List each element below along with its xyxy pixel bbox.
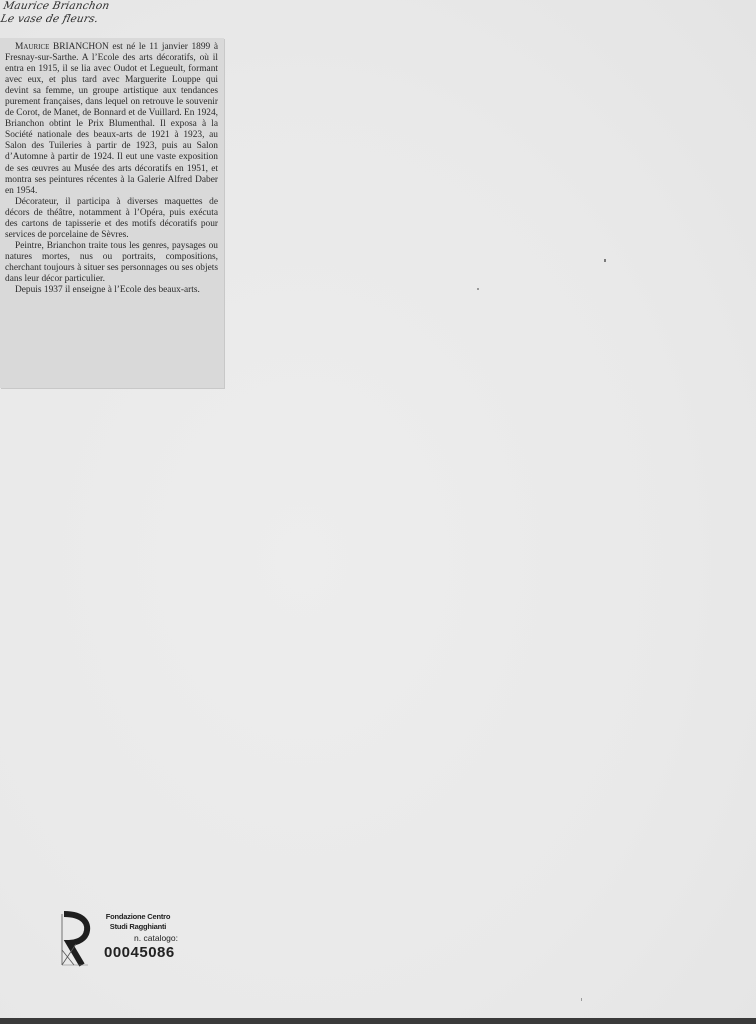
paper-speck bbox=[477, 288, 479, 290]
catalog-label: n. catalogo: bbox=[98, 933, 178, 944]
paper-speck bbox=[581, 998, 582, 1001]
ragghianti-r-logo-icon bbox=[58, 910, 98, 968]
artist-first-name: Maurice bbox=[15, 42, 49, 52]
handwritten-artwork-title: Le vase de fleurs. bbox=[0, 13, 202, 26]
stamp-org-line-2: Studi Ragghianti bbox=[98, 922, 178, 932]
stamp-org-line-1: Fondazione Centro bbox=[98, 912, 178, 922]
biography-paragraph-2: Décorateur, il participa à diverses maqu… bbox=[5, 197, 218, 241]
catalog-number: 00045086 bbox=[98, 944, 178, 961]
paragraph-1-body: est né le 11 janvier 1899 à Fresnay-sur-… bbox=[5, 42, 218, 196]
biography-clipping: Maurice BRIANCHON est né le 11 janvier 1… bbox=[0, 38, 224, 388]
biography-text: Maurice BRIANCHON est né le 11 janvier 1… bbox=[5, 42, 218, 296]
biography-paragraph-4: Depuis 1937 il enseigne à l’Ecole des be… bbox=[5, 285, 218, 296]
handwritten-note: Maurice Brianchon Le vase de fleurs. bbox=[0, 0, 205, 26]
scan-bottom-edge bbox=[0, 1018, 756, 1024]
paper-speck bbox=[604, 259, 606, 262]
biography-paragraph-1: Maurice BRIANCHON est né le 11 janvier 1… bbox=[5, 42, 218, 197]
biography-paragraph-3: Peintre, Brianchon traite tous les genre… bbox=[5, 241, 218, 285]
stamp-text: Fondazione Centro Studi Ragghianti n. ca… bbox=[98, 912, 178, 961]
archive-stamp: Fondazione Centro Studi Ragghianti n. ca… bbox=[58, 910, 180, 970]
artist-last-name: BRIANCHON bbox=[53, 42, 109, 52]
handwritten-artist-name: Maurice Brianchon bbox=[2, 0, 205, 13]
